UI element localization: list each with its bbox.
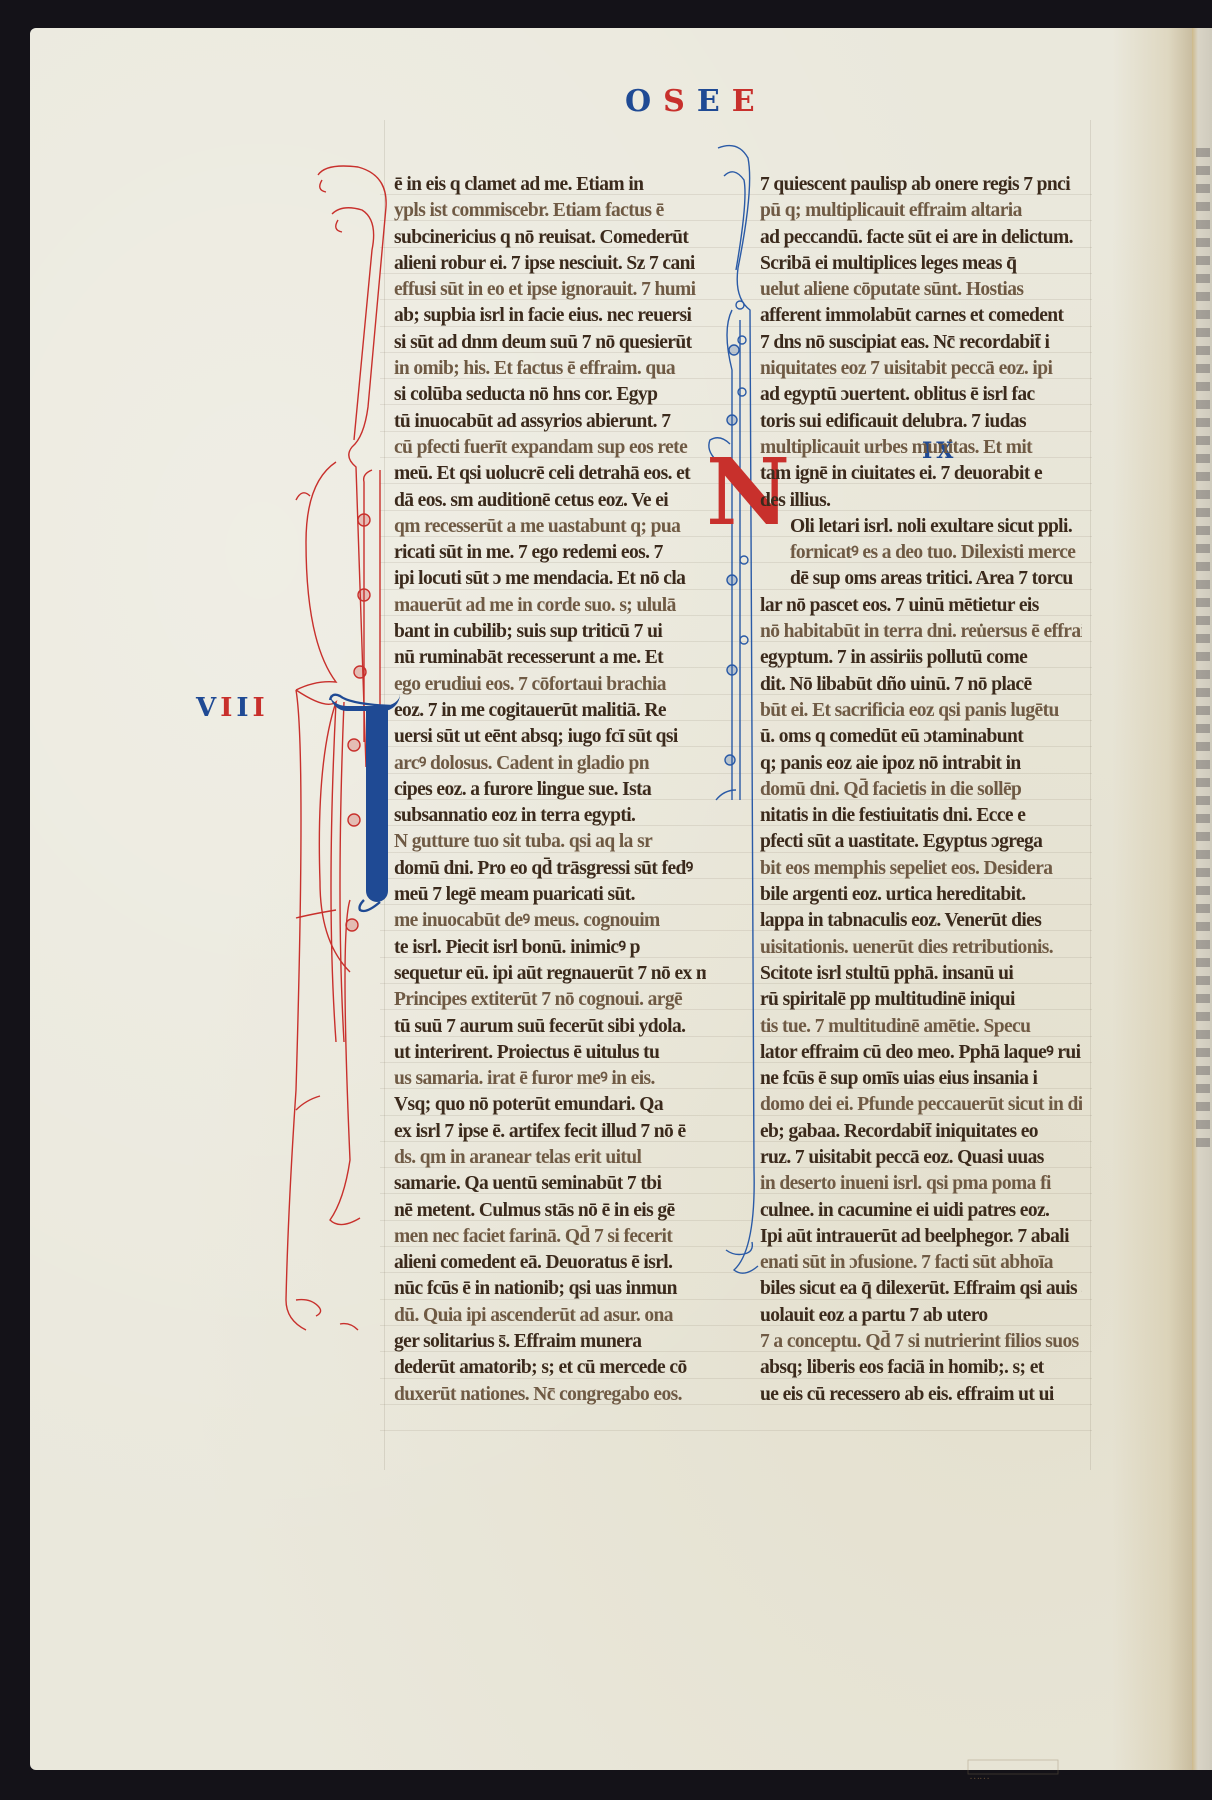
text-line: nō habitabūt in terra dni. reu̇ersus ē e…	[760, 619, 1082, 645]
text-line: ad egyptū ɔuertent. oblitus ē isrl fac	[760, 382, 1082, 408]
adjacent-page-text	[1196, 148, 1210, 1148]
running-title-letter: E	[697, 84, 732, 119]
text-line: lar nō pascet eos. 7 uinū mētietur eis	[760, 593, 1082, 619]
text-line: mauerūt ad me in corde suo. s; ululā	[394, 593, 706, 619]
gutter-shadow	[1112, 28, 1192, 1770]
text-line: ad peccandū. facte sūt ei are in delictu…	[760, 225, 1082, 251]
text-line: us samaria. irat ē furor meꝰ in eis.	[394, 1066, 706, 1092]
text-line: subsannatio eoz in terra egypti.	[394, 803, 706, 829]
text-line: dederūt amatorib; s; et cū mercede cō	[394, 1355, 706, 1381]
text-line: ger solitarius s̄. Effraim munera	[394, 1329, 706, 1355]
text-line: Scitote isrl stultū pphā. insanū ui	[760, 961, 1082, 987]
text-line: dē sup oms areas tritici. Area 7 torcu	[760, 566, 1082, 592]
bounding-line-right	[1090, 120, 1091, 1470]
text-line: bant in cubilib; suis sup triticū 7 ui	[394, 619, 706, 645]
running-title-letter: S	[663, 84, 697, 119]
text-line: ē in eis q clamet ad me. Etiam in	[394, 172, 706, 198]
text-line: niquitates eoz 7 uisitabit peccā eoz. ip…	[760, 356, 1082, 382]
text-line: ricati sūt in me. 7 ego redemi eos. 7	[394, 540, 706, 566]
text-line: in deserto inueni isrl. qsi pma poma fi	[760, 1171, 1082, 1197]
running-title: OSEE	[625, 84, 767, 119]
text-line: Oli letari isrl. noli exultare sicut ppl…	[760, 514, 1082, 540]
text-line: domo dei ei. Pfunde peccauerūt sicut in …	[760, 1092, 1082, 1118]
text-line: ne fcūs ē sup omīs uias eius insania i	[760, 1066, 1082, 1092]
text-line: nū ruminabāt recesserunt a me. Et	[394, 645, 706, 671]
text-line: ypls ist commiscebr. Etiam factus ē	[394, 198, 706, 224]
text-line: ds. qm in aranear telas erit uitul	[394, 1145, 706, 1171]
text-line: Vsq; quo nō poterūt emundari. Qa	[394, 1092, 706, 1118]
text-line: meū. Et qsi uolucrē celi detrahā eos. et	[394, 461, 706, 487]
text-line: cū pfecti fuerīt expandam sup eos rete	[394, 435, 706, 461]
text-line: uolauit eoz a partu 7 ab utero	[760, 1303, 1082, 1329]
text-line: duxerūt nationes. Nc̄ congregabo eos.	[394, 1382, 706, 1408]
chapter-numeral-char: I	[236, 693, 252, 723]
text-line: eoz. 7 in me cogitauerūt malitiā. Re	[394, 698, 706, 724]
text-line: tū inuocabūt ad assyrios abierunt. 7	[394, 409, 706, 435]
text-line: ab; supbia isrl in facie eius. nec reuer…	[394, 303, 706, 329]
text-line: te isrl. Piecit isrl bonū. inimicꝰ p	[394, 935, 706, 961]
text-line: lator effraim cū deo meo. Pphā laqueꝰ ru…	[760, 1040, 1082, 1066]
chapter-numeral-char: I	[220, 693, 236, 723]
text-line: domū dni. Qd̄ facietis in die sollēp	[760, 777, 1082, 803]
text-line: ruz. 7 uisitabit peccā eoz. Quasi uuas	[760, 1145, 1082, 1171]
text-line: alieni robur ei. 7 ipse nesciuit. Sz 7 c…	[394, 251, 706, 277]
text-line: multiplicauit urbes munitas. Et mit	[760, 435, 1082, 461]
text-line: men nec faciet farinā. Qd̄ 7 si fecerit	[394, 1224, 706, 1250]
text-line: nitatis in die festiuitatis dni. Ecce e	[760, 803, 1082, 829]
ruling-line	[380, 1430, 1092, 1431]
text-line: culnee. in cacumine ei uidi patres eoz.	[760, 1198, 1082, 1224]
text-line: Principes extiterūt 7 nō cognoui. argē	[394, 987, 706, 1013]
text-line: domū dni. Pro eo qd̄ trāsgressi sūt fedꝰ	[394, 856, 706, 882]
text-line: sequetur eū. ipi aūt regnauerūt 7 nō ex …	[394, 961, 706, 987]
text-line: uersi sūt ut eēnt absq; iugo fcī sūt qsi	[394, 724, 706, 750]
text-line: biles sicut ea q̄ dilexerūt. Effraim qsi…	[760, 1276, 1082, 1302]
text-line: dit. Nō libabūt dño uinū. 7 nō placē	[760, 672, 1082, 698]
text-line: absq; liberis eos faciā in homib;. s; et	[760, 1355, 1082, 1381]
text-line: pfecti sūt a uastitate. Egyptus ɔgrega	[760, 829, 1082, 855]
chapter-numeral-char: I	[253, 693, 269, 723]
running-title-letter: O	[625, 84, 663, 119]
text-line: cipes eoz. a furore lingue sue. Ista	[394, 777, 706, 803]
adjacent-page-edge	[1192, 28, 1212, 1770]
text-column-left: ē in eis q clamet ad me. Etiam inypls is…	[394, 172, 706, 1408]
text-line: fornicatꝰ es a deo tuo. Dilexisti merce	[760, 540, 1082, 566]
text-line: Ipi aūt intrauerūt ad beelphegor. 7 abal…	[760, 1224, 1082, 1250]
text-line: enati sūt in ɔfusione. 7 facti sūt abhoī…	[760, 1250, 1082, 1276]
text-line: pū q; multiplicauit effraim altaria	[760, 198, 1082, 224]
text-line: des illius.	[760, 488, 1082, 514]
text-line: ū. oms q comedūt eū ɔtaminabunt	[760, 724, 1082, 750]
text-line: bile argenti eoz. urtica hereditabit.	[760, 882, 1082, 908]
running-title-letter: E	[732, 84, 767, 119]
chapter-numeral-char: V	[196, 693, 220, 723]
text-column-right: 7 quiescent paulisp ab onere regis 7 pnc…	[760, 172, 1082, 1408]
text-line: tam ignē in ciuitates ei. 7 deuorabit e	[760, 461, 1082, 487]
text-line: ut interirent. Proiectus ē uitulus tu	[394, 1040, 706, 1066]
text-line: afferent immolabūt carnes et comedent	[760, 303, 1082, 329]
text-line: 7 dns nō suscipiat eas. Nc̄ recordabit̄ …	[760, 330, 1082, 356]
text-line: dā eos. sm auditionē cetus eoz. Ve ei	[394, 488, 706, 514]
text-line: me inuocabūt deꝰ meus. cognouim	[394, 908, 706, 934]
text-line: rū spiritalē pp multitudinē iniqui	[760, 987, 1082, 1013]
text-line: dū. Quia ipi ascenderūt ad asur. ona	[394, 1303, 706, 1329]
text-line: meū 7 legē meam puaricati sūt.	[394, 882, 706, 908]
text-line: 7 a conceptu. Qd̄ 7 si nutrierint filios…	[760, 1329, 1082, 1355]
initial-i-crossbar	[330, 694, 400, 711]
text-line: ego erudiui eos. 7 cōfortaui brachia	[394, 672, 706, 698]
text-line: Scribā ei multiplices leges meas q̄	[760, 251, 1082, 277]
text-line: effusi sūt in eo et ipse ignorauit. 7 hu…	[394, 277, 706, 303]
text-line: N gutture tuo sit tuba. qsi aq la sr	[394, 829, 706, 855]
text-line: eb; gabaa. Recordabit̄ iniquitates eo	[760, 1119, 1082, 1145]
text-line: si sūt ad dnm deum suū 7 nō quesierūt	[394, 330, 706, 356]
text-line: būt ei. Et sacrificia eoz qsi panis lugē…	[760, 698, 1082, 724]
text-line: q; panis eoz aie ipoz nō intrabit in	[760, 751, 1082, 777]
text-line: uelut aliene cōputate sūnt. Hostias	[760, 277, 1082, 303]
text-line: lappa in tabnaculis eoz. Venerūt dies	[760, 908, 1082, 934]
text-line: alieni comedent eā. Deuoratus ē isrl.	[394, 1250, 706, 1276]
text-line: 7 quiescent paulisp ab onere regis 7 pnc…	[760, 172, 1082, 198]
text-line: subcinericius q nō reuisat. Comederūt	[394, 225, 706, 251]
text-line: egyptum. 7 in assiriis pollutū come	[760, 645, 1082, 671]
text-line: in omib; his. Et factus ē effraim. qua	[394, 356, 706, 382]
catchword: ……	[970, 1770, 990, 1782]
text-line: ex isrl 7 ipse ē. artifex fecit illud 7 …	[394, 1119, 706, 1145]
text-line: nūc fcūs ē in nationib; qsi uas inmun	[394, 1276, 706, 1302]
text-line: ipi locuti sūt ɔ me mendacia. Et nō cla	[394, 566, 706, 592]
text-line: bit eos memphis sepeliet eos. Desidera	[760, 856, 1082, 882]
text-line: arcꝰ dolosus. Cadent in gladio pn	[394, 751, 706, 777]
chapter-number-viii: VIII	[196, 693, 269, 723]
initial-i-blue	[366, 706, 388, 902]
text-line: nē metent. Culmus stās nō ē in eis gē	[394, 1198, 706, 1224]
text-line: tis tue. 7 multitudinē amētie. Specu	[760, 1014, 1082, 1040]
text-line: tū suū 7 aurum suū fecerūt sibi ydola.	[394, 1014, 706, 1040]
text-line: uisitationis. uenerūt dies retributionis…	[760, 935, 1082, 961]
text-line: ue eis cū recessero ab eis. effraim ut u…	[760, 1382, 1082, 1408]
text-line: qm recesserūt a me uastabunt q; pua	[394, 514, 706, 540]
text-line: si colūba seducta nō hns cor. Egyp	[394, 382, 706, 408]
text-line: samarie. Qa uentū seminabūt 7 tbi	[394, 1171, 706, 1197]
text-line: toris sui edificauit delubra. 7 iudas	[760, 409, 1082, 435]
